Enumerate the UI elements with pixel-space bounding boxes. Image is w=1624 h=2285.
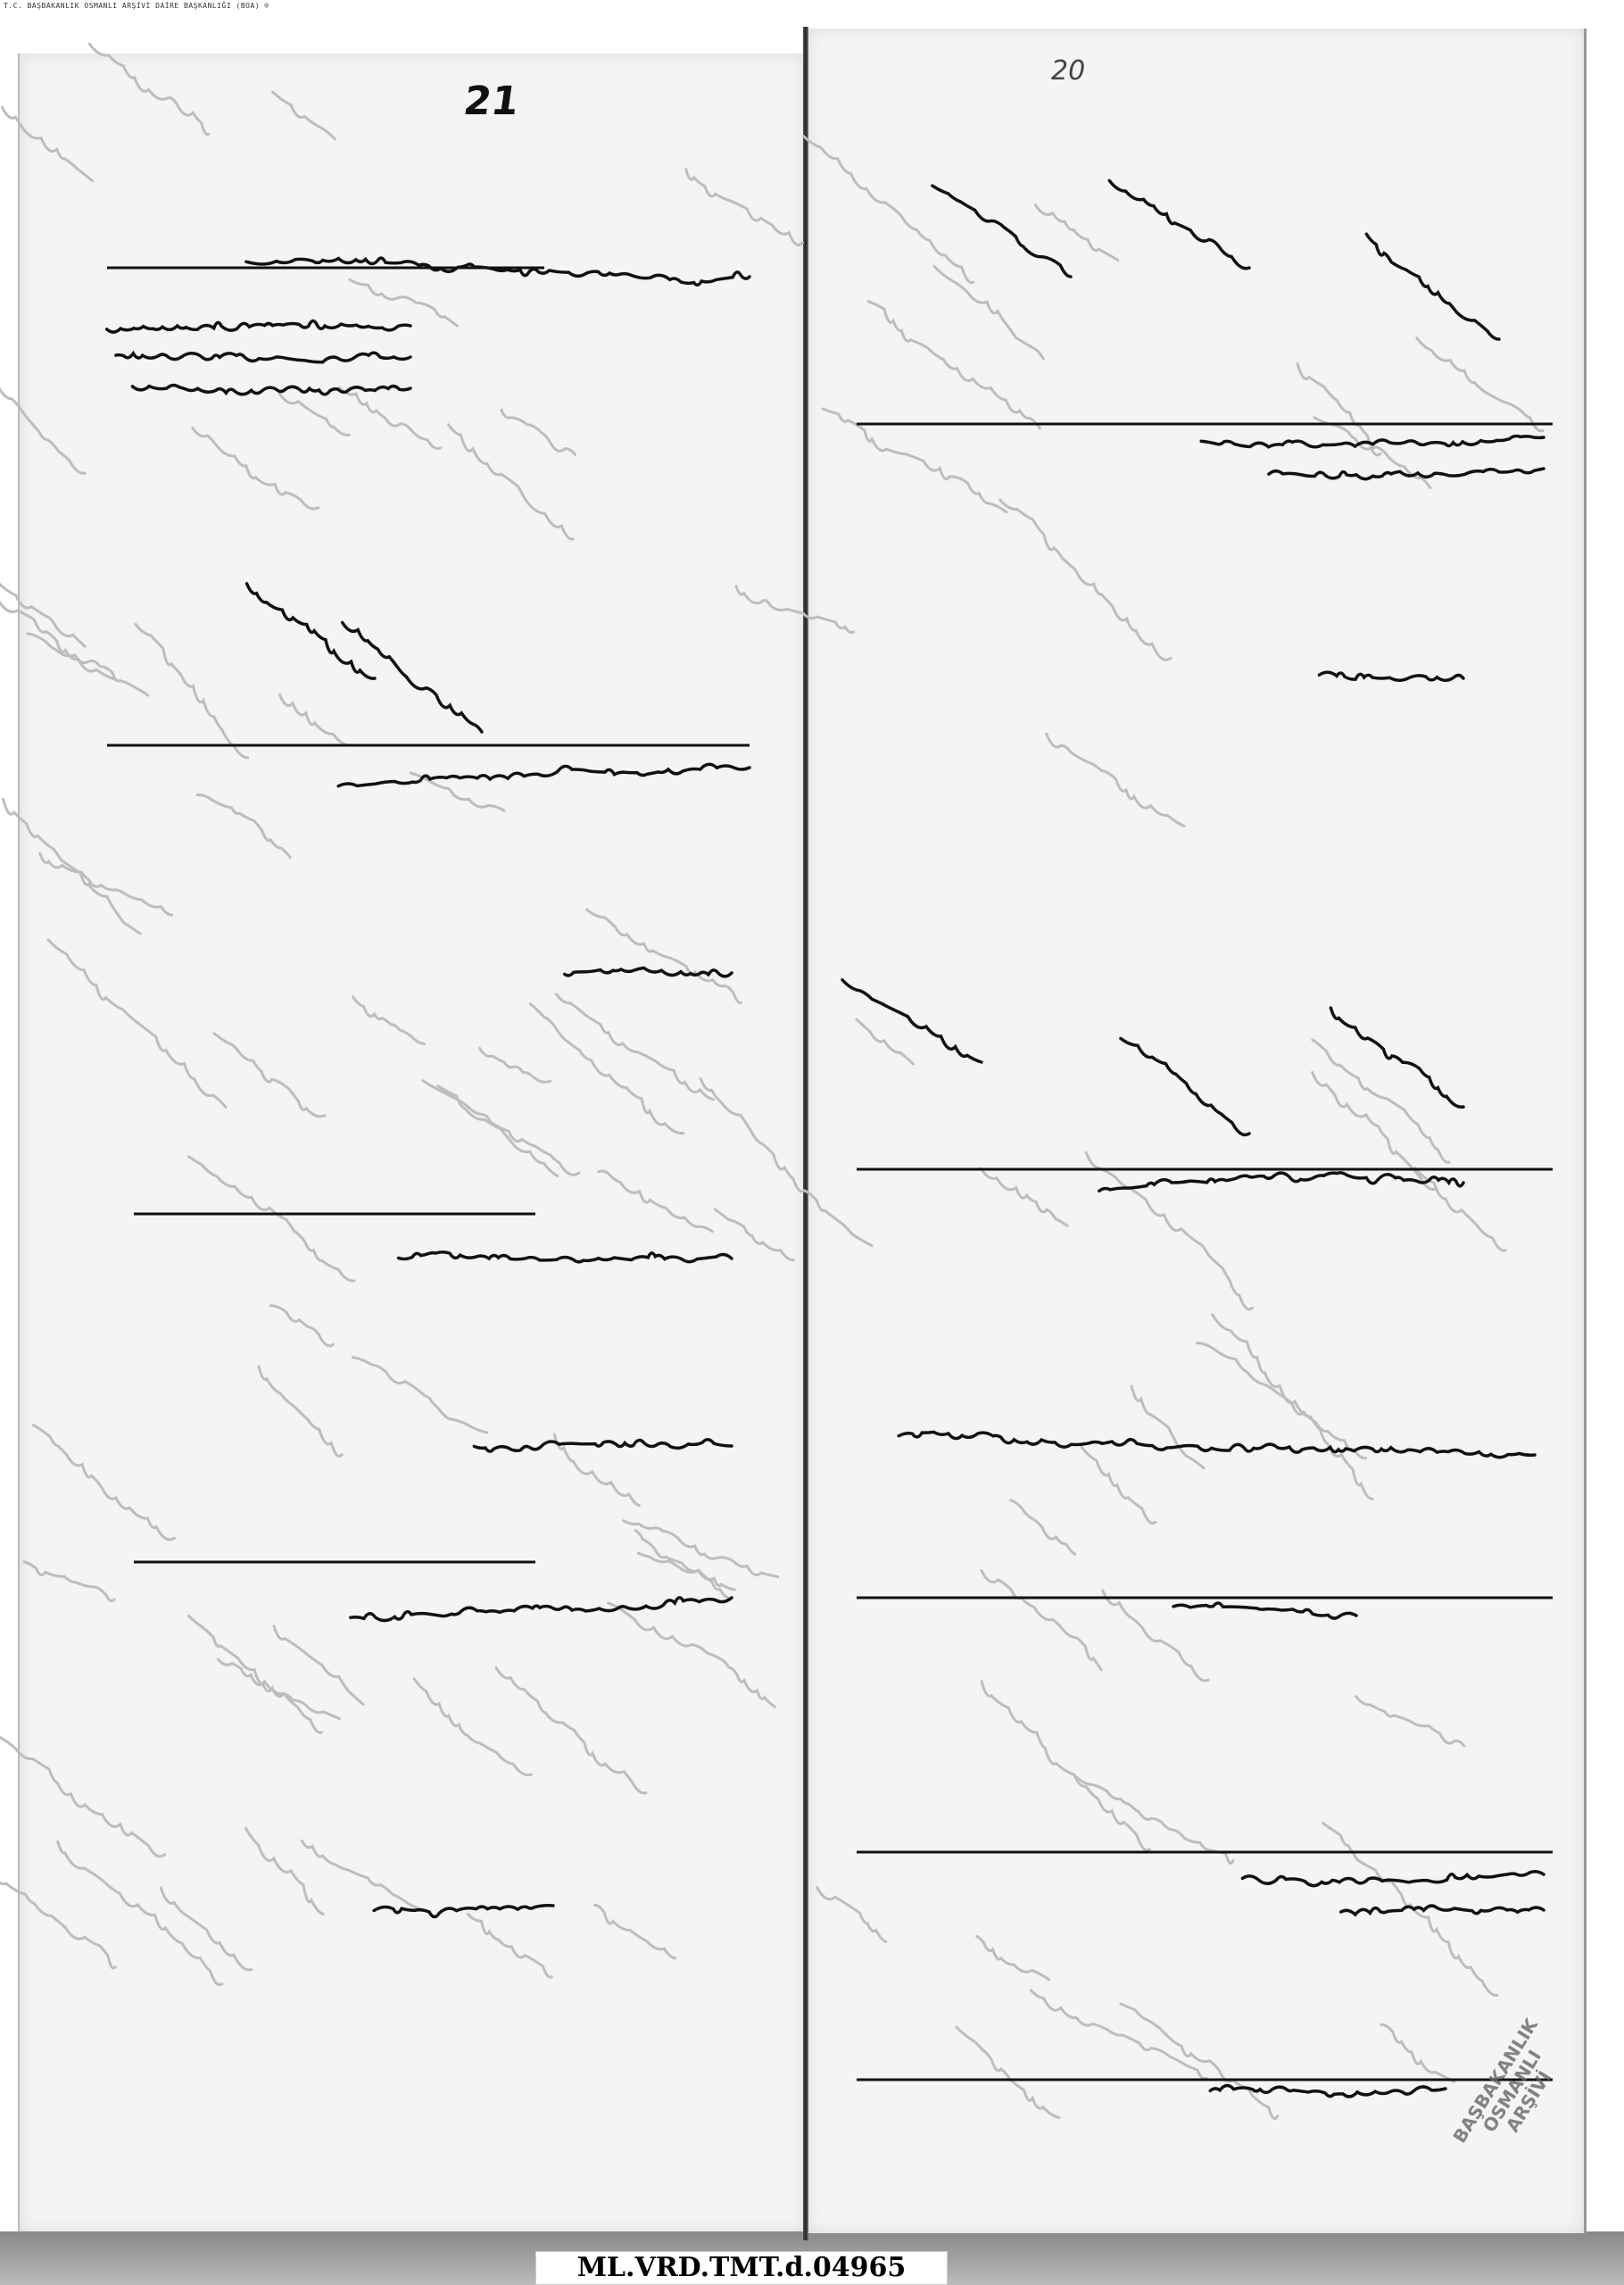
handwriting-layer	[0, 0, 1624, 2285]
catalog-label: ML.VRD.TMT.d.04965	[535, 2251, 948, 2285]
